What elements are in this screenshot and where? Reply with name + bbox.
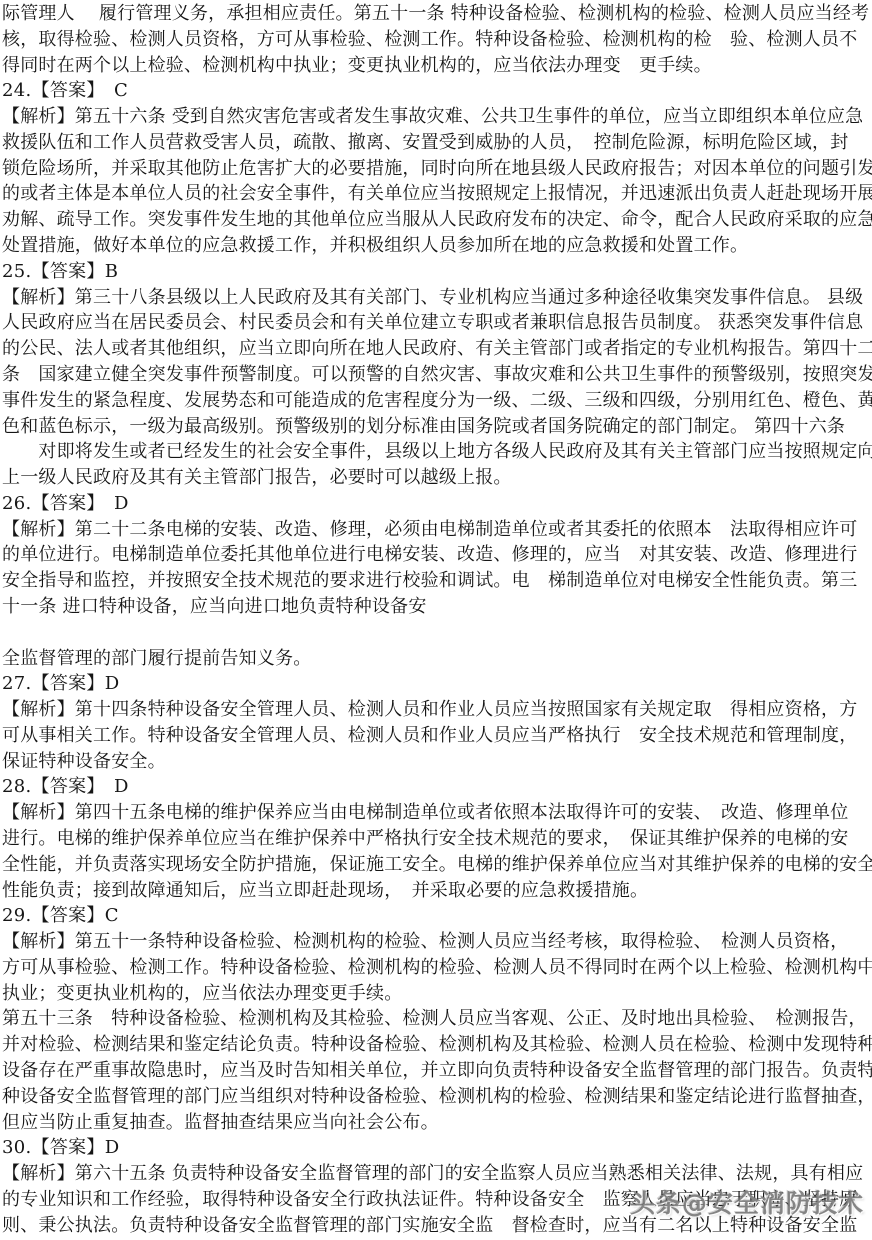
answer-line: 26.【答案】 D — [2, 491, 870, 517]
text-line: 安全指导和监控，并按照安全技术规范的要求进行校验和调试。电 梯制造单位对电梯安全… — [2, 568, 870, 594]
text-line: 处置措施，做好本单位的应急救援工作，并积极组织人员参加所在地的应急救援和处置工作… — [2, 233, 870, 259]
text-line: 锁危险场所，并采取其他防止危害扩大的必要措施，同时向所在地县级人民政府报告；对因… — [2, 156, 870, 182]
text-line: 设备存在严重事故隐患时，应当及时告知相关单位，并立即向负责特种设备安全监督管理的… — [2, 1058, 870, 1084]
answer-line: 24.【答案】 C — [2, 78, 870, 104]
text-line: 全监督管理的部门履行提前告知义务。 — [2, 646, 870, 672]
text-line: 人民政府应当在居民委员会、村民委员会和有关单位建立专职或者兼职信息报告员制度。 … — [2, 310, 870, 336]
text-line: 全性能，并负责落实现场安全防护措施，保证施工安全。电梯的维护保养单位应当对其维护… — [2, 852, 870, 878]
text-line: 则、秉公执法。负责特种设备安全监督管理的部门实施安全监 督检查时，应当有二名以上… — [2, 1213, 870, 1239]
text-line: 种设备安全监督管理的部门应当组织对特种设备检验、检测机构的检验、检测结果和鉴定结… — [2, 1084, 870, 1110]
text-line: 条 国家建立健全突发事件预警制度。可以预警的自然灾害、事故灾难和公共卫生事件的预… — [2, 362, 870, 388]
text-line: 【解析】第二十二条电梯的安装、改造、修理，必须由电梯制造单位或者其委托的依照本 … — [2, 517, 870, 543]
text-line: 【解析】第十四条特种设备安全管理人员、检测人员和作业人员应当按照国家有关规定取 … — [2, 697, 870, 723]
text-line: 可从事相关工作。特种设备安全管理人员、检测人员和作业人员应当严格执行 安全技术规… — [2, 723, 870, 749]
document-page: { "page": { "background_color": "#ffffff… — [0, 0, 872, 1240]
text-line: 对即将发生或者已经发生的社会安全事件，县级以上地方各级人民政府及其有关主管部门应… — [2, 439, 870, 465]
text-line: 的公民、法人或者其他组织，应当立即向所在地人民政府、有关主管部门或者指定的专业机… — [2, 336, 870, 362]
text-line: 上一级人民政府及其有关主管部门报告，必要时可以越级上报。 — [2, 465, 870, 491]
text-line: 救援队伍和工作人员营救受害人员，疏散、撤离、安置受到威胁的人员， 控制危险源，标… — [2, 130, 870, 156]
text-line: 事件发生的紧急程度、发展势态和可能造成的危害程度分为一级、二级、三级和四级，分别… — [2, 388, 870, 414]
text-line: 第五十三条 特种设备检验、检测机构及其检验、检测人员应当客观、公正、及时地出具检… — [2, 1006, 870, 1032]
text-line: 的单位进行。电梯制造单位委托其他单位进行电梯安装、改造、修理的，应当 对其安装、… — [2, 542, 870, 568]
answer-line: 27.【答案】D — [2, 671, 870, 697]
text-line: 【解析】第六十五条 负责特种设备安全监督管理的部门的安全监察人员应当熟悉相关法律… — [2, 1161, 870, 1187]
text-line: 【解析】第五十六条 受到自然灾害危害或者发生事故灾难、公共卫生事件的单位，应当立… — [2, 104, 870, 130]
text-line: 但应当防止重复抽查。监督抽查结果应当向社会公布。 — [2, 1110, 870, 1136]
answer-line: 28.【答案】 D — [2, 774, 870, 800]
text-line: 方可从事检验、检测工作。特种设备检验、检测机构的检验、检测人员不得同时在两个以上… — [2, 955, 870, 981]
document-text-area: 际管理人 履行管理义务，承担相应责任。第五十一条 特种设备检验、检测机构的检验、… — [0, 0, 872, 1240]
text-line: 执业；变更执业机构的，应当依法办理变更手续。 — [2, 981, 870, 1007]
text-line: 并对检验、检测结果和鉴定结论负责。特种设备检验、检测机构及其检验、检测人员在检验… — [2, 1032, 870, 1058]
text-line: 【解析】第四十五条电梯的维护保养应当由电梯制造单位或者依照本法取得许可的安装、 … — [2, 800, 870, 826]
text-line: 保证特种设备安全。 — [2, 749, 870, 775]
text-line: 进行。电梯的维护保养单位应当在维护保养中严格执行安全技术规范的要求， 保证其维护… — [2, 826, 870, 852]
text-line: 的专业知识和工作经验，取得特种设备安全行政执法证件。特种设备安全 监察人员应当忠… — [2, 1187, 870, 1213]
text-line: 劝解、疏导工作。突发事件发生地的其他单位应当服从人民政府发布的决定、命令，配合人… — [2, 207, 870, 233]
text-line: 【解析】第五十一条特种设备检验、检测机构的检验、检测人员应当经考核，取得检验、 … — [2, 929, 870, 955]
text-line: 的或者主体是本单位人员的社会安全事件，有关单位应当按照规定上报情况，并迅速派出负… — [2, 181, 870, 207]
text-line: 【解析】第三十八条县级以上人民政府及其有关部门、专业机构应当通过多种途径收集突发… — [2, 285, 870, 311]
answer-line: 29.【答案】C — [2, 903, 870, 929]
text-line: 十一条 进口特种设备，应当向进口地负责特种设备安 — [2, 594, 870, 620]
blank-line — [2, 620, 870, 646]
answer-line: 30.【答案】D — [2, 1135, 870, 1161]
text-line: 得同时在两个以上检验、检测机构中执业；变更执业机构的，应当依法办理变 更手续。 — [2, 53, 870, 79]
text-line: 性能负责；接到故障通知后，应当立即赶赴现场， 并采取必要的应急救援措施。 — [2, 878, 870, 904]
text-line: 际管理人 履行管理义务，承担相应责任。第五十一条 特种设备检验、检测机构的检验、… — [2, 1, 870, 27]
text-line: 色和蓝色标示，一级为最高级别。预警级别的划分标准由国务院或者国务院确定的部门制定… — [2, 414, 870, 440]
answer-line: 25.【答案】B — [2, 259, 870, 285]
text-line: 核，取得检验、检测人员资格，方可从事检验、检测工作。特种设备检验、检测机构的检 … — [2, 27, 870, 53]
